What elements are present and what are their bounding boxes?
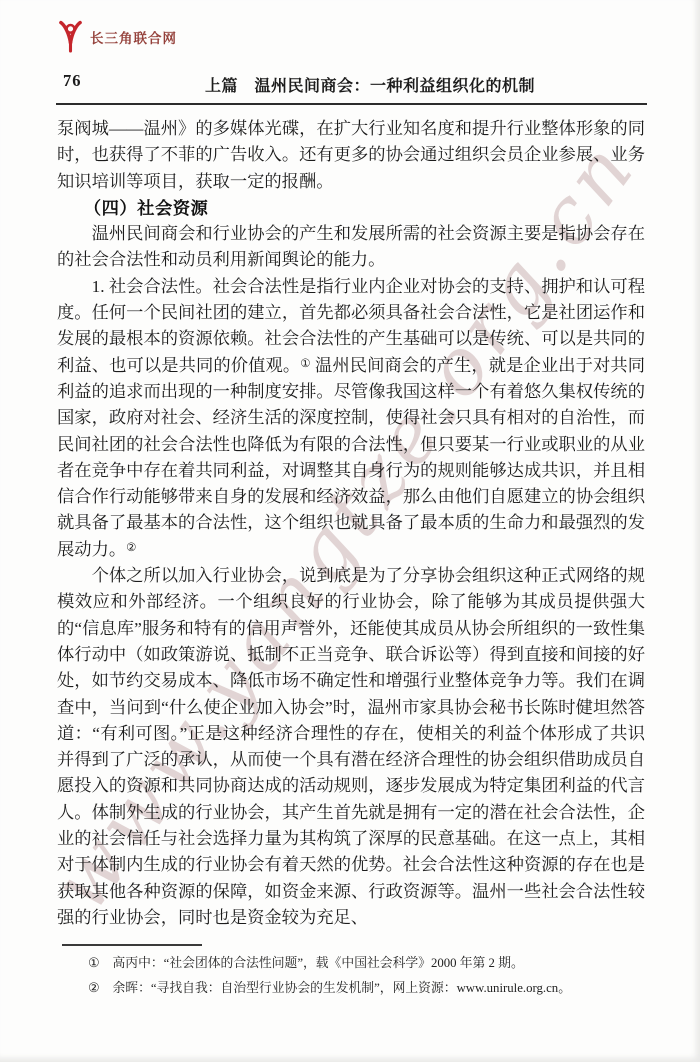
document-page: www.yangtze.org.cn 长三角联合网 76 上篇 温州民间商会：一… — [0, 0, 700, 1062]
footnote-1: ① 高丙中：“社会团体的合法性问题”，载《中国社会科学》2000 年第 2 期。 — [88, 951, 650, 976]
header-rule — [56, 103, 647, 105]
footnote-separator — [62, 944, 202, 946]
site-name: 长三角联合网 — [90, 27, 177, 47]
footnote-2-marker: ② — [88, 976, 99, 1001]
paragraph-legitimacy: 1. 社会合法性。社会合法性是指行业内企业对协会的支持、拥护和认可程度。任何一个… — [57, 274, 645, 563]
footnote-1-marker: ① — [88, 951, 99, 976]
footnote-2: ② 余晖：“寻找自我：自治型行业协会的生发机制”，网上资源：www.unirul… — [88, 976, 650, 1001]
body-text: 泵阀城——温州》的多媒体光碟，在扩大行业知名度和提升行业整体形象的同时，也获得了… — [57, 116, 645, 931]
paragraph-intro: 温州民间商会和行业协会的产生和发展所需的社会资源主要是指协会存在的社会合法性和动… — [57, 221, 645, 274]
footnote-ref-2[interactable]: ② — [126, 542, 136, 554]
paragraph-continued: 泵阀城——温州》的多媒体光碟，在扩大行业知名度和提升行业整体形象的同时，也获得了… — [57, 116, 645, 195]
paragraph-individual: 个体之所以加入行业协会，说到底是为了分享协会组织这种正式网络的规模效应和外部经济… — [57, 563, 645, 931]
footnote-1-text: 高丙中：“社会团体的合法性问题”，载《中国社会科学》2000 年第 2 期。 — [112, 951, 650, 976]
paragraph-legitimacy-text-2: 温州民间商会的产生，就是企业出于对共同利益的追求而出现的一种制度安排。尽管像我国… — [57, 356, 645, 559]
running-title: 上篇 温州民间商会：一种利益组织化的机制 — [120, 73, 620, 96]
site-logo[interactable]: 长三角联合网 — [58, 20, 177, 54]
footnotes: ① 高丙中：“社会团体的合法性问题”，载《中国社会科学》2000 年第 2 期。… — [88, 951, 650, 1001]
section-heading: （四）社会资源 — [57, 195, 645, 221]
yangtze-psi-mark-icon — [58, 20, 83, 54]
footnote-ref-1[interactable]: ① — [300, 358, 310, 370]
page-number: 76 — [63, 71, 82, 91]
footnote-2-text: 余晖：“寻找自我：自治型行业协会的生发机制”，网上资源：www.unirule.… — [112, 976, 650, 1001]
